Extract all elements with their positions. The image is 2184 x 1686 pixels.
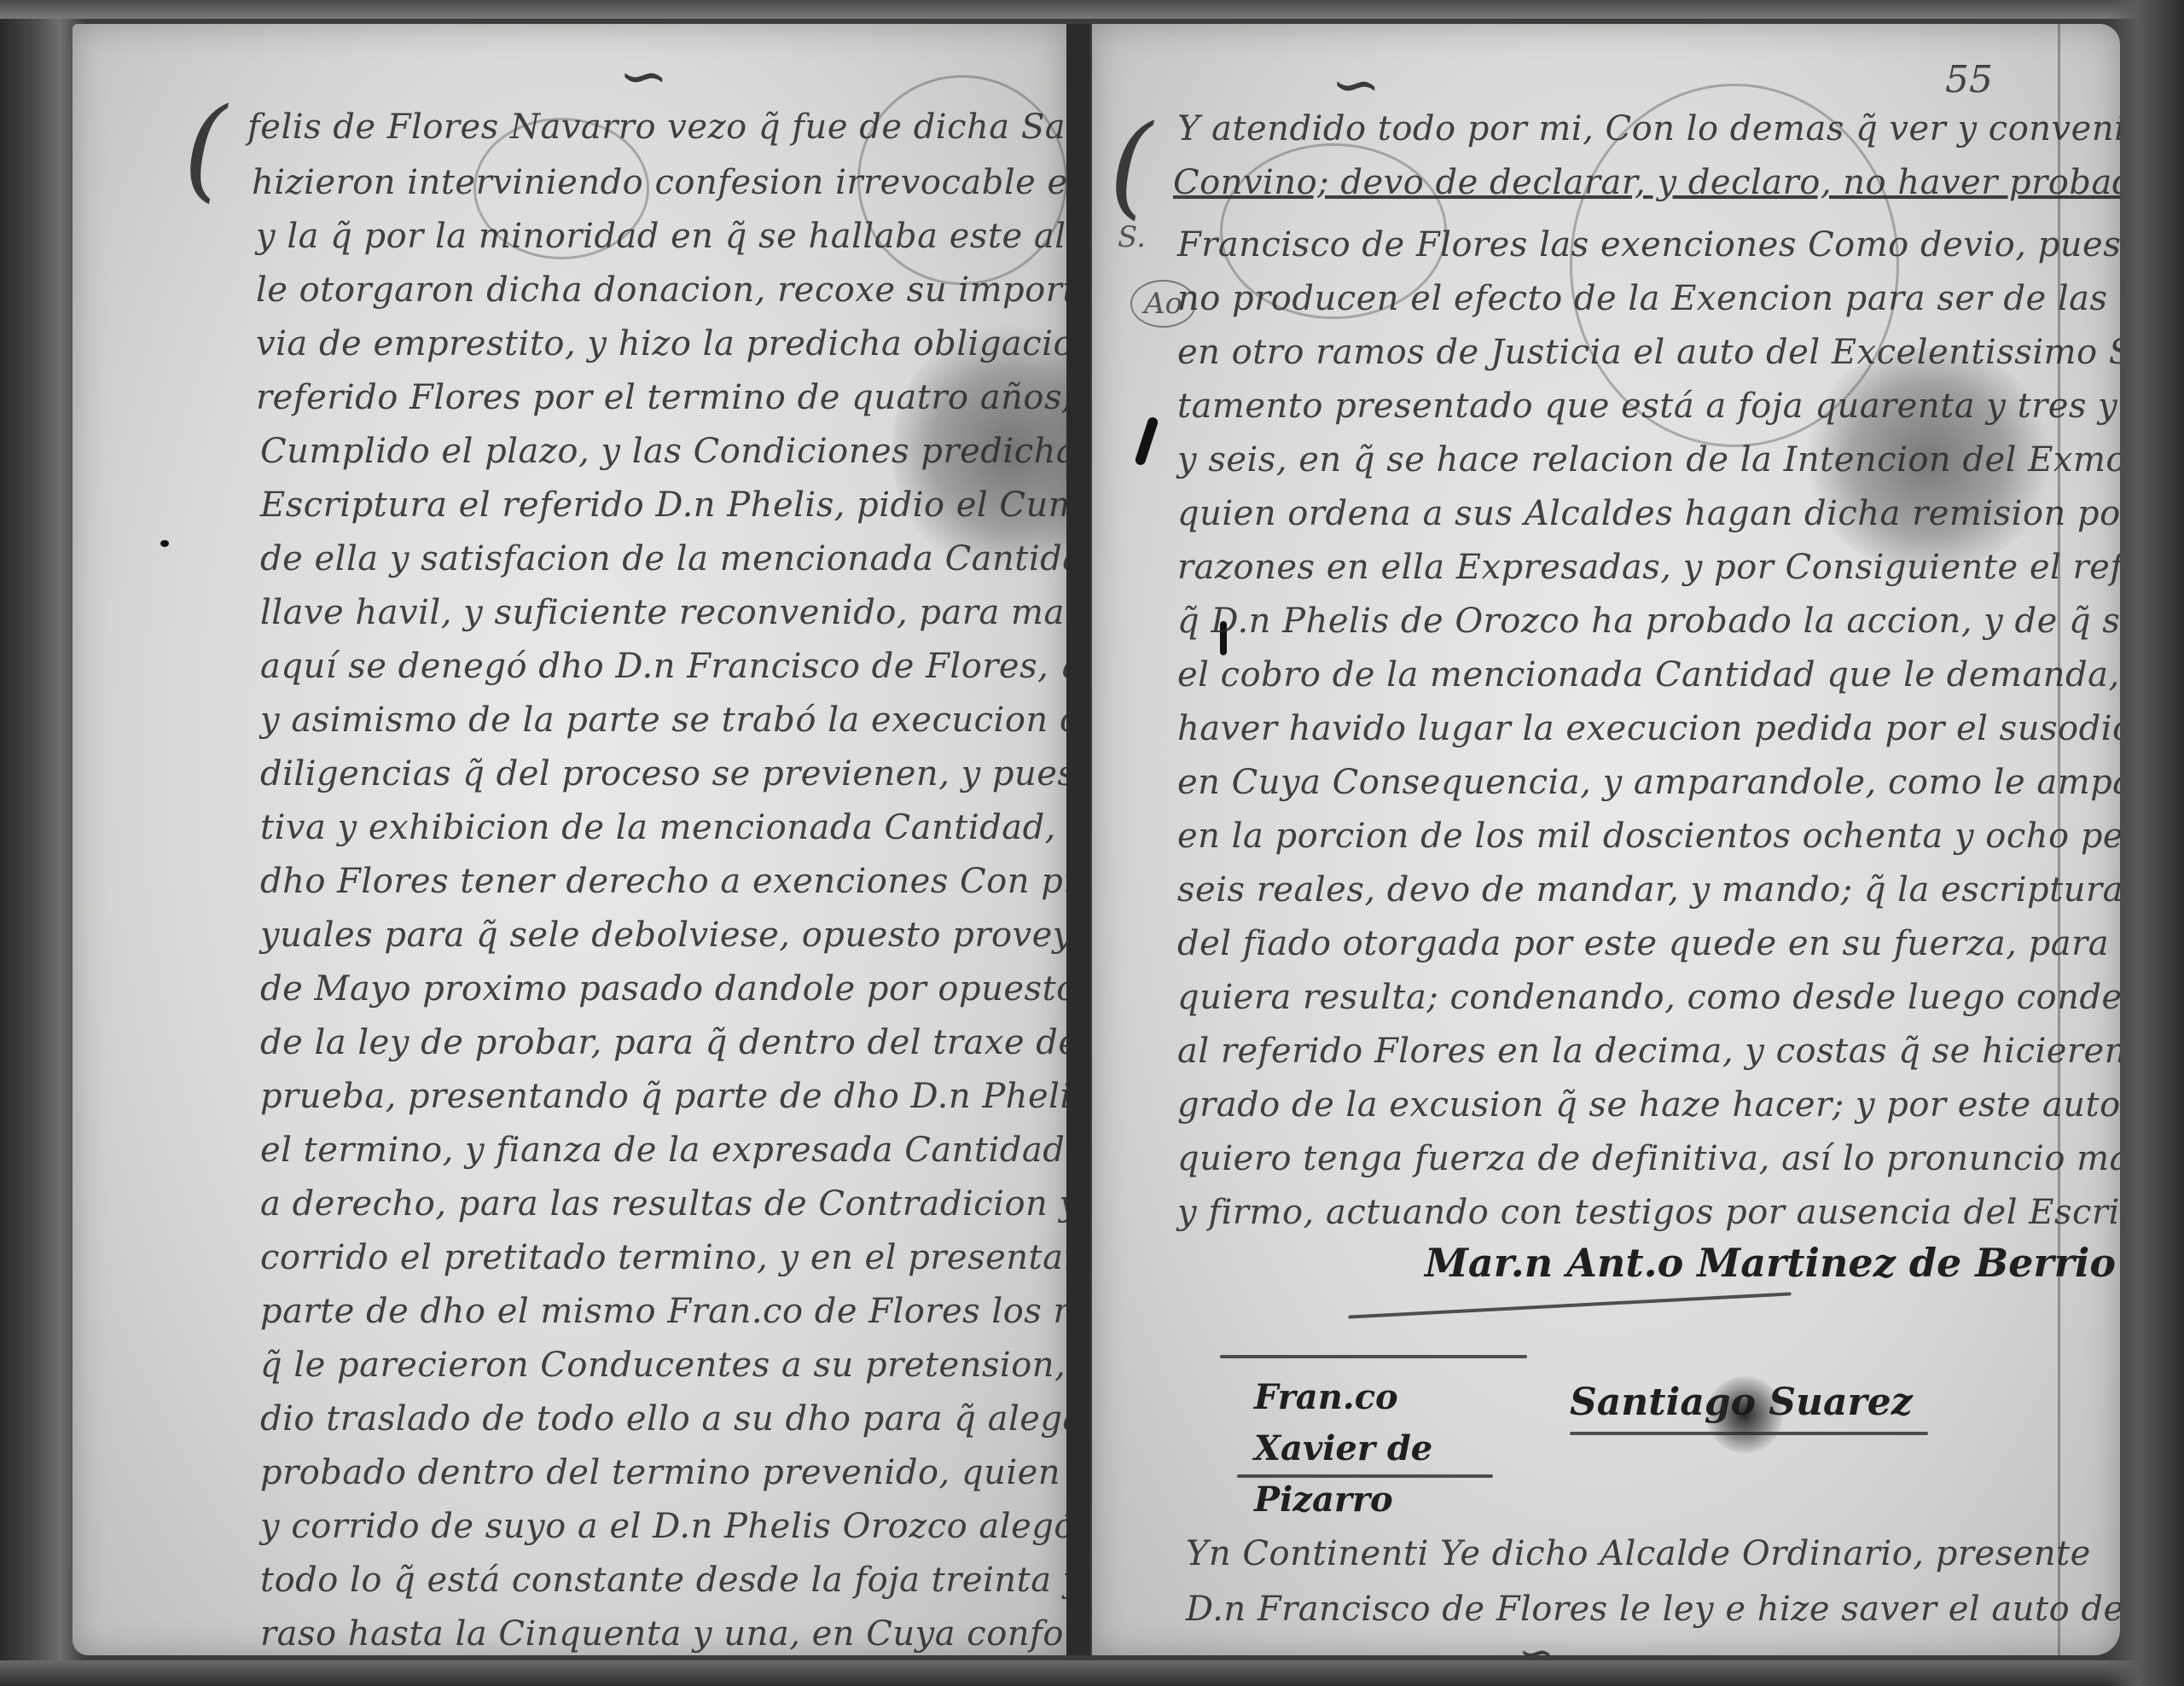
text-line: le otorgaron dicha donacion, recoxe su i… bbox=[256, 270, 1066, 310]
footer-flourish: ∽ bbox=[1519, 1628, 1554, 1655]
text-line: Escriptura el referido D.n Phelis, pidio… bbox=[260, 485, 1066, 525]
binding-gutter bbox=[1066, 24, 1090, 1655]
text-line: seis reales, devo de mandar, y mando; q̃… bbox=[1177, 870, 2120, 910]
text-line: referido Flores por el termino de quatro… bbox=[256, 378, 1066, 417]
text-line: raso hasta la Cinquenta y una, en Cuya c… bbox=[260, 1614, 1066, 1654]
text-line: dho Flores tener derecho a exenciones Co… bbox=[260, 862, 1066, 901]
text-line: diligencias q̃ del proceso se previenen,… bbox=[260, 754, 1066, 794]
text-line: no producen el efecto de la Exencion par… bbox=[1177, 279, 2120, 318]
signature-underline bbox=[1220, 1355, 1527, 1358]
text-line: yuales para q̃ sele debolviese, opuesto … bbox=[260, 916, 1066, 955]
text-line: q̃ le parecieron Conducentes a su preten… bbox=[260, 1346, 1066, 1385]
text-line: Convino; devo de declarar, y declaro, no… bbox=[1173, 163, 2120, 202]
text-line: llave havil, y suficiente reconvenido, p… bbox=[260, 593, 1066, 632]
text-line: quien ordena a sus Alcaldes hagan dicha … bbox=[1177, 494, 2120, 533]
text-line: y corrido de suyo a el D.n Phelis Orozco… bbox=[260, 1507, 1066, 1546]
text-line: en la porcion de los mil doscientos oche… bbox=[1177, 817, 2120, 856]
text-line: de Mayo proximo pasado dandole por opues… bbox=[260, 969, 1066, 1009]
text-line: probado dentro del termino prevenido, qu… bbox=[260, 1453, 1066, 1492]
text-line: tiva y exhibicion de la mencionada Canti… bbox=[260, 808, 1066, 847]
text-line: y seis, en q̃ se hace relacion de la Int… bbox=[1177, 440, 2120, 480]
text-line: via de emprestito, y hizo la predicha ob… bbox=[256, 324, 1066, 363]
text-line: quiero tenga fuerza de definitiva, así l… bbox=[1177, 1139, 2120, 1178]
right-page: 55 ∽ ( S. Ao Y atendido todo por mi, Con… bbox=[1092, 24, 2120, 1655]
text-line: Y atendido todo por mi, Con lo demas q̃ … bbox=[1177, 109, 2120, 148]
text-line: Francisco de Flores las exenciones Como … bbox=[1177, 225, 2120, 265]
ink-blot bbox=[1706, 1376, 1783, 1453]
text-line: y la q̃ por la minoridad en q̃ se hallab… bbox=[256, 217, 1066, 256]
manuscript-scan: ∽ ( felis de Flores Navarro vezo q̃ fue … bbox=[0, 0, 2184, 1686]
text-line: corrido el pretitado termino, y en el pr… bbox=[260, 1238, 1066, 1277]
text-line: en otro ramos de Justicia el auto del Ex… bbox=[1177, 333, 2120, 372]
text-line: hizieron interviniendo confesion irrevoc… bbox=[252, 163, 1066, 202]
text-line: D.n Francisco de Flores le ley e hize sa… bbox=[1186, 1590, 2120, 1629]
signature-alcalde: Mar.n Ant.o Martinez de Berrio bbox=[1425, 1240, 2116, 1286]
text-line: el cobro de la mencionada Cantidad que l… bbox=[1177, 655, 2120, 695]
text-line: Cumplido el plazo, y las Condiciones pre… bbox=[260, 432, 1066, 471]
text-line: y firmo, actuando con testigos por ausen… bbox=[1177, 1193, 2120, 1232]
text-line: de la ley de probar, para q̃ dentro del … bbox=[260, 1023, 1066, 1062]
text-line: grado de la excusion q̃ se haze hacer; y… bbox=[1177, 1085, 2120, 1125]
text-line: Yn Continenti Ye dicho Alcalde Ordinario… bbox=[1186, 1534, 2091, 1573]
text-line: razones en ella Expresadas, y por Consig… bbox=[1177, 548, 2120, 587]
text-line: de ella y satisfacion de la mencionada C… bbox=[260, 539, 1066, 578]
left-page-text: felis de Flores Navarro vezo q̃ fue de d… bbox=[73, 24, 1066, 1655]
text-line: haver havido lugar la execucion pedida p… bbox=[1177, 709, 2120, 748]
text-line: en Cuya Consequencia, y amparandole, com… bbox=[1177, 763, 2120, 802]
text-line: q̃ D.n Phelis de Orozco ha probado la ac… bbox=[1177, 602, 2120, 641]
book-bottom-edge bbox=[0, 1660, 2184, 1686]
signature-witness-1: Fran.co Xavier de Pizarro bbox=[1254, 1372, 1510, 1526]
text-line: al referido Flores en la decima, y costa… bbox=[1177, 1032, 2120, 1071]
text-line: y asimismo de la parte se trabó la execu… bbox=[260, 701, 1066, 740]
left-page: ∽ ( felis de Flores Navarro vezo q̃ fue … bbox=[73, 24, 1066, 1655]
text-line: felis de Flores Navarro vezo q̃ fue de d… bbox=[247, 108, 1066, 147]
text-line: del fiado otorgada por este quede en su … bbox=[1177, 924, 2120, 963]
text-line: tamento presentado que está a foja quare… bbox=[1177, 387, 2120, 426]
text-line: a derecho, para las resultas de Contradi… bbox=[260, 1184, 1066, 1224]
text-line: dio traslado de todo ello a su dho para … bbox=[260, 1399, 1066, 1439]
text-line: quiera resulta; condenando, como desde l… bbox=[1177, 978, 2120, 1017]
text-line: el termino, y fianza de la expresada Can… bbox=[260, 1131, 1066, 1170]
text-line: prueba, presentando q̃ parte de dho D.n … bbox=[260, 1077, 1066, 1116]
book-top-edge bbox=[0, 0, 2184, 19]
text-line: aquí se denegó dho D.n Francisco de Flor… bbox=[260, 647, 1066, 686]
text-line: parte de dho el mismo Fran.co de Flores … bbox=[260, 1292, 1066, 1331]
signature-underline bbox=[1237, 1474, 1493, 1478]
text-line: todo lo q̃ está constante desde la foja … bbox=[260, 1561, 1066, 1600]
